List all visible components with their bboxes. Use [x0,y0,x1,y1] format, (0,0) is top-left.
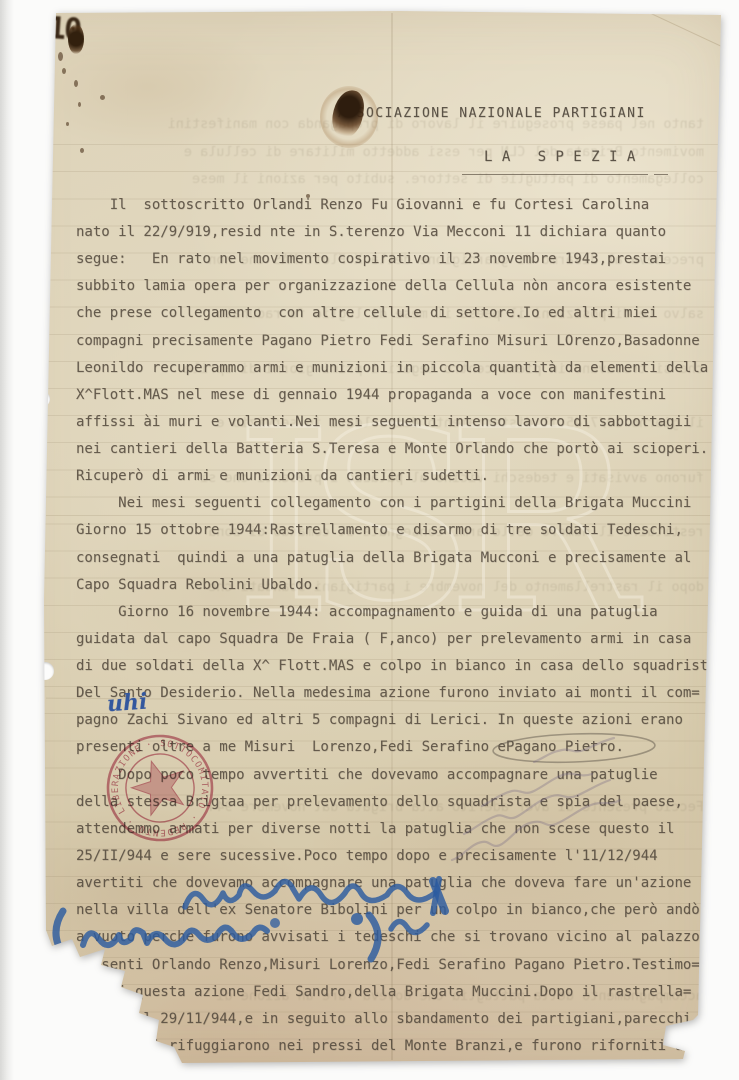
body-line: X^Flott.MAS nel mese di gennaio 1944 pro… [76,387,666,403]
punch-hole [36,662,54,680]
title-underline [462,174,648,175]
body-line: consegnati quindi a una patuglia della B… [76,550,691,566]
ink-blot [68,24,84,54]
body-line: nei cantieri della Batteria S.Teresa e M… [76,441,708,457]
body-line: guidata dal capo Squadra De Fraia ( F,an… [76,631,691,647]
body-line: Giorno 16 novembre 1944: accompagnamento… [76,604,658,620]
paper-sheet-wrap: tanto nel paese proseguire il lavoro di … [0,0,739,1080]
body-line: Del Santo Desiderio. Nella medesima azio… [76,685,700,701]
ink-speck [66,122,69,126]
body-line: nio di questa azione Fedi Sandro,della B… [76,984,691,1000]
blue-handwriting-annotation [35,865,485,975]
body-line: Nei mesi seguenti collegamento con i par… [76,495,691,511]
ink-speck [58,52,63,61]
paper-sheet: tanto nel paese proseguire il lavoro di … [0,0,739,1080]
ink-speck [62,68,66,74]
ink-speck [100,95,105,100]
body-line: Ricuperò di armi e munizioni da cantieri… [76,468,489,484]
ink-speck [80,148,84,153]
body-line: Giorno 15 ottobre 1944:Rastrellamento e … [76,522,683,538]
body-line: Leonildo recuperammo armi e munizioni in… [76,360,708,376]
body-line: nato il 22/9/919,resid nte in S.terenzo … [76,224,666,240]
corner-crease [641,9,739,61]
red-star-stamp: · SOTTOCOMITATO · REDENTO · LIBERAZIONE … [104,732,216,844]
body-line: di essi si rifuggiarono nei pressi del M… [76,1038,691,1054]
body-line: Il sottoscritto Orlandi Renzo Fu Giovann… [76,197,649,213]
body-line: che prese collegamento con altre cellule… [76,305,658,321]
title-underline-dash [654,174,668,175]
body-line: segue: En rato nel movimento cospirativo… [76,251,666,267]
body-line: affissi ài muri e volanti.Nei mesi segue… [76,414,691,430]
horizontal-crease [46,515,716,516]
place-title: L A S P E Z I A [484,149,636,165]
scanned-document-page: tanto nel paese proseguire il lavoro di … [0,0,739,1080]
punch-hole [34,391,50,407]
body-line: Capo Squadra Rebolini Ubaldo. [76,577,320,593]
body-line: mento del 29/11/944,e in seguito allo sb… [76,1011,691,1027]
faint-signatures-bleedthrough [438,722,668,882]
body-line: subbito lamia opera per organizzazione d… [76,278,691,294]
body-line: compagni precisamente Pagano Pietro Fedi… [76,333,700,349]
handwritten-correction: uhi [106,689,148,718]
ink-speck [306,194,310,198]
ink-speck [74,80,78,87]
ink-speck [78,102,81,107]
body-line: di due soldati della X^ Flott.MAS e colp… [76,658,708,674]
organization-title: ASSOCIAZIONE NAZIONALE PARTIGIANI [338,106,646,121]
